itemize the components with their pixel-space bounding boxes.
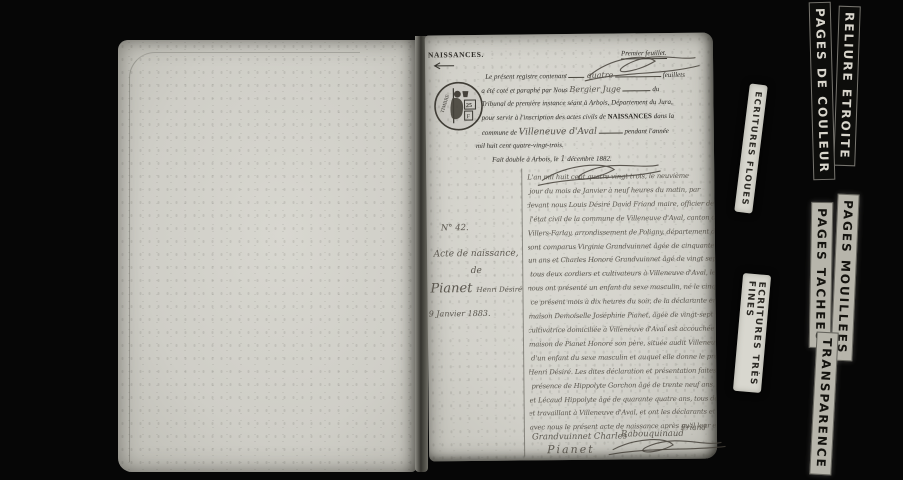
signature-pianet: Pianet	[547, 443, 595, 456]
left-blank-page	[118, 40, 417, 472]
fill-rule	[615, 70, 661, 77]
microfilm-frame: NAISSANCES. Premier feuillet. TIMBRE 25 …	[0, 0, 903, 480]
quality-strip-label: PAGES MOUILLEES	[835, 200, 856, 355]
margin-act-title: Acte de naissance,	[429, 249, 523, 260]
margin-act-de: de	[429, 266, 523, 277]
quality-strip-label: RELIURE ETROITE	[837, 12, 856, 160]
margin-name-main: Pianet	[430, 281, 472, 296]
quality-strip-transparence: TRANSPARENCE	[809, 332, 838, 476]
preamble-text: commune de	[482, 129, 517, 137]
signature-flourish-icon	[607, 434, 727, 459]
svg-text:25: 25	[466, 103, 472, 109]
quality-slip-ecritures-floues: ECRITURES FLOUES	[734, 83, 768, 213]
preamble-text: dans la	[654, 112, 675, 120]
timbre-stamp-icon: TIMBRE 25 F	[431, 79, 486, 134]
preamble-text: a été coté et paraphé par Nous	[481, 86, 567, 95]
margin-act-number: N° 42.	[441, 223, 469, 233]
fill-rule	[599, 126, 623, 133]
preamble-line-6: mil huit cent quatre-vingt-trois.	[476, 141, 564, 150]
preamble-line-2: a été coté et paraphé par Nous Bergier J…	[481, 84, 659, 95]
margin-name: Pianet Henri Désiré	[430, 281, 522, 297]
fill-quatre: quatre	[586, 71, 613, 80]
quality-strip-pages-tachees: PAGES TACHEES	[809, 202, 834, 349]
act-line: d'un enfant du sexe masculin et auquel e…	[531, 350, 716, 366]
quality-strip-label: PAGES DE COULEUR	[813, 8, 831, 174]
act-line: Villers-Farlay, arrondissement de Polign…	[528, 225, 715, 241]
preamble-text: Le présent registre contenant	[485, 72, 567, 81]
preamble-text: du	[652, 85, 659, 93]
preamble-text: pendant l'année	[624, 127, 669, 135]
preamble-text: pour servir à l'inscription des actes ci…	[482, 113, 606, 122]
quality-strip-label: PAGES TACHEES	[813, 208, 829, 343]
page-edge-rule	[129, 52, 360, 462]
quality-strip-reliure-etroite: RELIURE ETROITE	[833, 6, 861, 166]
signature-friand: Friand	[681, 423, 706, 432]
preamble-text: feuillets	[663, 71, 685, 79]
fill-rule	[623, 84, 651, 91]
fill-rule	[569, 71, 585, 78]
quality-slip-ecritures-tres-fines: ECRITURES TRÈS FINES	[733, 273, 771, 393]
margin-name-suffix: Henri Désiré	[476, 286, 522, 294]
act-line: présence de Hippolyte Gorchon âgé de tre…	[531, 378, 716, 394]
act-line: l'état civil de la commune de Villeneuve…	[530, 211, 715, 227]
preamble-naissances-bold: NAISSANCES	[608, 112, 652, 120]
left-arrow-icon	[430, 61, 456, 70]
register-page: NAISSANCES. Premier feuillet. TIMBRE 25 …	[425, 33, 717, 462]
margin-date: 9 Janvier 1883.	[429, 309, 491, 319]
act-line: Henri Désiré. Les dites déclaration et p…	[528, 364, 716, 380]
fill-commune: Villeneuve d'Aval	[519, 127, 597, 138]
quality-strip-pages-de-couleur: PAGES DE COULEUR	[809, 2, 836, 180]
quality-strip-label: TRANSPARENCE	[814, 338, 835, 469]
fill-juge-name: Bergier Juge	[569, 84, 621, 94]
section-title: NAISSANCES.	[428, 50, 484, 60]
act-body: L'an mil huit cent quatre vingt trois, l…	[527, 169, 717, 433]
quality-slip-label: ECRITURES FLOUES	[739, 91, 763, 206]
preamble-line-5: commune de Villeneuve d'Aval pendant l'a…	[482, 126, 669, 138]
